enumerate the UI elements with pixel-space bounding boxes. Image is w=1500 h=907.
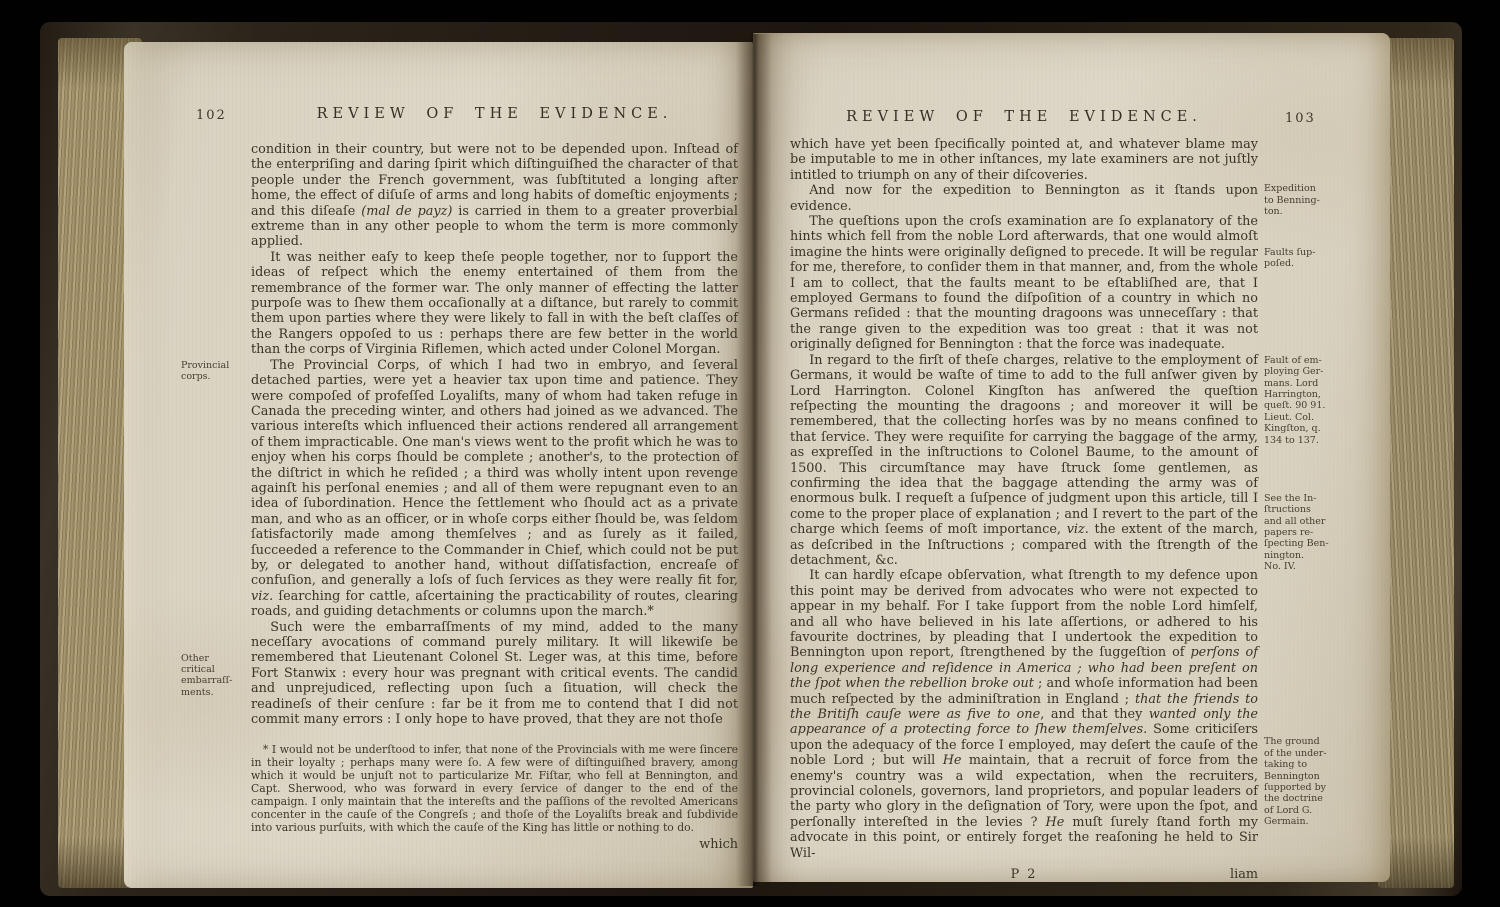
page-number-left: 102 (196, 108, 227, 123)
paragraph: which have yet been ſpecifically pointed… (790, 137, 1258, 183)
paragraph: The groundof the under-taking toBenningt… (790, 568, 1258, 861)
footnote: * I would not be underſtood to infer, th… (251, 743, 738, 834)
margin-note-other-critical-embarrassments: Other criticalembarraſſ-ments. (181, 653, 245, 699)
page-number-right: 103 (1285, 111, 1316, 126)
margin-note-fault-of-employing-germans: Fault of em-ploying Ger-mans. LordHarrin… (1264, 355, 1350, 446)
paragraph: Provincialcorps.The Provincial Corps, of… (251, 358, 738, 620)
margin-note-provincial-corps: Provincialcorps. (181, 360, 245, 383)
margin-note-ground-of-undertaking: The groundof the under-taking toBenningt… (1264, 736, 1350, 827)
catchword-left: which (251, 837, 738, 852)
paragraph: Faults ſup-poſed.The queſtions upon the … (790, 214, 1258, 353)
paragraph: Fault of em-ploying Ger-mans. LordHarrin… (790, 353, 1258, 569)
margin-note-faults-supposed: Faults ſup-poſed. (1264, 247, 1350, 270)
margin-note-expedition-to-bennington: Expeditionto Benning-ton. (1264, 183, 1350, 217)
running-title-right: REVIEW OF THE EVIDENCE. (790, 109, 1258, 125)
right-text-column: which have yet been ſpecifically pointed… (790, 137, 1258, 883)
signature-mark: P 2 (790, 867, 1258, 882)
left-text-column: condition in their country, but were not… (251, 142, 738, 853)
catchword-right: liam (1230, 867, 1258, 882)
running-title-left: REVIEW OF THE EVIDENCE. (251, 106, 738, 122)
paragraph: It was neither eaſy to keep theſe people… (251, 250, 738, 358)
paragraph: condition in their country, but were not… (251, 142, 738, 250)
right-page: REVIEW OF THE EVIDENCE. 103 which have y… (753, 33, 1390, 882)
margin-note-see-the-instructions: See the In-ſtructionsand all otherpapers… (1264, 493, 1350, 573)
open-book-photo: 102 REVIEW OF THE EVIDENCE. condition in… (0, 0, 1500, 907)
left-page: 102 REVIEW OF THE EVIDENCE. condition in… (124, 42, 753, 888)
paragraph: Expeditionto Benning-ton.And now for the… (790, 183, 1258, 214)
signature-line: P 2 liam (790, 867, 1258, 883)
paragraph: Other criticalembarraſſ-ments.Such were … (251, 620, 738, 728)
